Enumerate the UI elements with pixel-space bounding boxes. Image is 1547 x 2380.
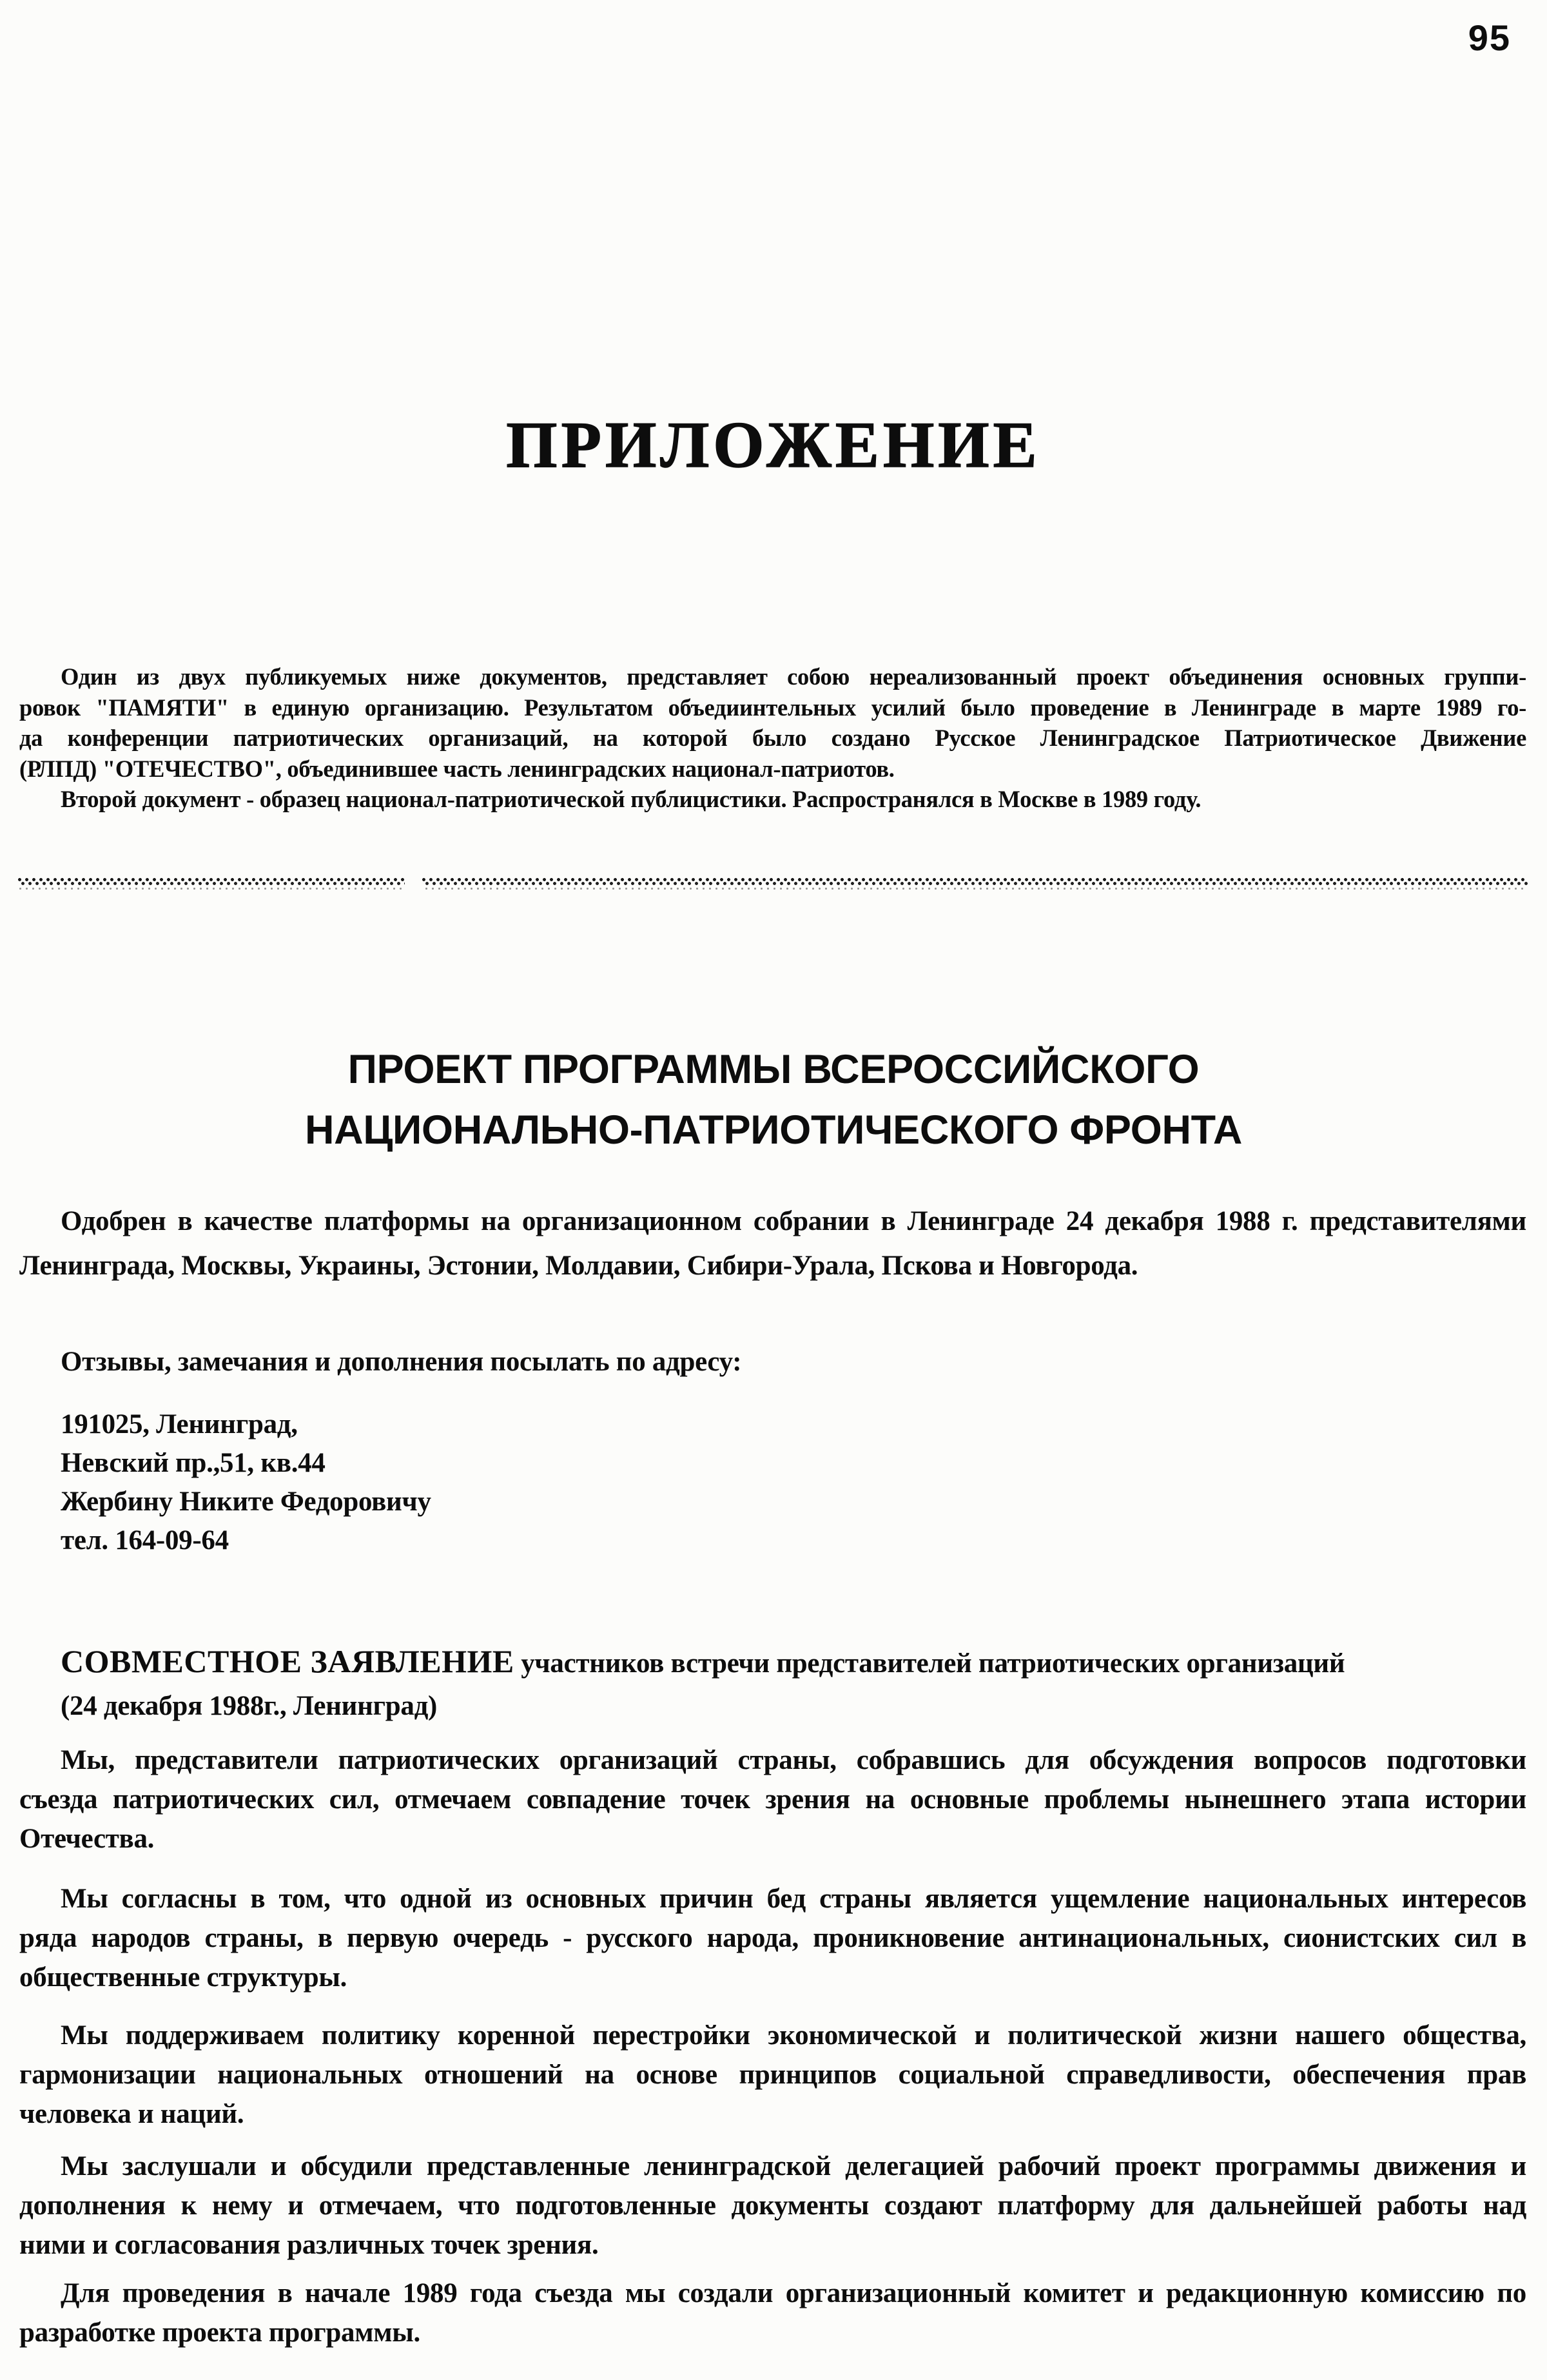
text-line: Мы, представители патриотических организ… (19, 1741, 1526, 1780)
text-line: Мы согласны в том, что одной из основных… (19, 1879, 1526, 1918)
address-line: Невский пр.,51, кв.44 (61, 1444, 1526, 1483)
text-line: СОВМЕСТНОЕ ЗАЯВЛЕНИЕ участников встречи … (19, 1640, 1526, 1685)
text-line: ровок "ПАМЯТИ" в единую организацию. Рез… (19, 692, 1526, 723)
address-line: 191025, Ленинград, (61, 1405, 1526, 1444)
text-line: Для проведения в начале 1989 года съезда… (19, 2274, 1526, 2313)
editorial-note: Один из двух публикуемых ниже документов… (19, 661, 1526, 815)
paragraph: Мы согласны в том, что одной из основных… (19, 1879, 1526, 1997)
scanned-document-page: 95 ПРИЛОЖЕНИЕ Один из двух публикуемых н… (0, 0, 1547, 2380)
address-line: Жербину Никите Федоровичу (61, 1483, 1526, 1521)
text-line: дополнения к нему и отмечаем, что подгот… (19, 2186, 1526, 2225)
text-line: общественные структуры. (19, 1958, 1526, 1997)
text-line: (РЛПД) "ОТЕЧЕСТВО", объединившее часть л… (19, 754, 1526, 785)
text-line: Мы поддерживаем политику коренной перест… (19, 2016, 1526, 2055)
address-block: 191025, Ленинград, Невский пр.,51, кв.44… (61, 1405, 1526, 1560)
text-line: человека и наций. (19, 2094, 1526, 2134)
paragraph: Мы заслушали и обсудили представленные л… (19, 2147, 1526, 2265)
heading-line: НАЦИОНАЛЬНО-ПАТРИОТИЧЕСКОГО ФРОНТА (0, 1100, 1547, 1160)
divider-gap (405, 878, 422, 892)
joint-statement-subtitle: участников встречи представителей патрио… (514, 1648, 1345, 1679)
text-line: Ленинграда, Москвы, Украины, Эстонии, Мо… (19, 1244, 1526, 1288)
phone-line: тел. 164-09-64 (61, 1521, 1526, 1560)
heading-line: ПРОЕКТ ПРОГРАММЫ ВСЕРОССИЙСКОГО (0, 1039, 1547, 1100)
joint-statement-heading: СОВМЕСТНОЕ ЗАЯВЛЕНИЕ участников встречи … (19, 1640, 1526, 1728)
text-line: гармонизации национальных отношений на о… (19, 2055, 1526, 2094)
text-line: ними и согласования различных точек зрен… (19, 2225, 1526, 2265)
paragraph: Для проведения в начале 1989 года съезда… (19, 2274, 1526, 2352)
feedback-note: Отзывы, замечания и дополнения посылать … (19, 1342, 1526, 1381)
program-heading: ПРОЕКТ ПРОГРАММЫ ВСЕРОССИЙСКОГО НАЦИОНАЛ… (0, 1039, 1547, 1160)
appendix-title: ПРИЛОЖЕНИЕ (0, 407, 1547, 483)
text-line: Один из двух публикуемых ниже документов… (19, 661, 1526, 692)
paragraph: Мы поддерживаем политику коренной перест… (19, 2016, 1526, 2134)
page-number: 95 (1468, 17, 1511, 59)
text-line: разработке проекта программы. (19, 2313, 1526, 2352)
text-line: Второй документ - образец национал-патри… (19, 784, 1526, 815)
text-line: (24 декабря 1988г., Ленинград) (19, 1685, 1526, 1728)
text-line: Одобрен в качестве платформы на организа… (19, 1199, 1526, 1244)
text-line: Мы заслушали и обсудили представленные л… (19, 2147, 1526, 2186)
text-line: съезда патриотических сил, отмечаем совп… (19, 1780, 1526, 1819)
text-line: Отечества. (19, 1819, 1526, 1858)
text-line: ряда народов страны, в первую очередь - … (19, 1918, 1526, 1958)
approval-paragraph: Одобрен в качестве платформы на организа… (19, 1199, 1526, 1288)
joint-statement-title: СОВМЕСТНОЕ ЗАЯВЛЕНИЕ (61, 1643, 514, 1679)
paragraph: Мы, представители патриотических организ… (19, 1741, 1526, 1858)
dotted-divider (18, 878, 1528, 892)
text-line: Отзывы, замечания и дополнения посылать … (19, 1342, 1526, 1381)
text-line: да конференции патриотических организаци… (19, 723, 1526, 754)
